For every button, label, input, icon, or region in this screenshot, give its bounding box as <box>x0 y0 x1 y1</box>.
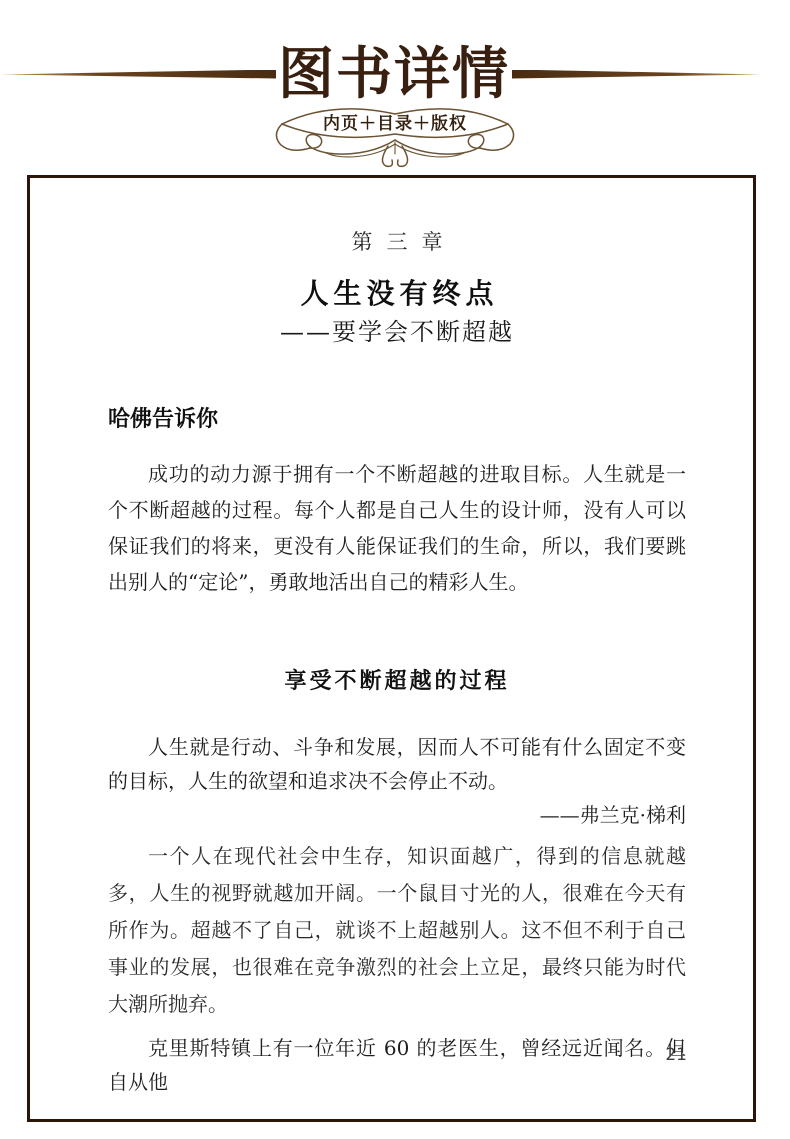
page-title: 图书详情 <box>278 46 510 102</box>
chapter-title: 人生没有终点 <box>108 276 686 312</box>
chapter-label: 第三章 <box>108 228 686 256</box>
story-paragraph: 克里斯特镇上有一位年近 60 的老医生，曾经远近闻名。但自从他 <box>108 1031 686 1099</box>
section1-paragraph: 成功的动力源于拥有一个不断超越的进取目标。人生就是一个不断超越的过程。每个人都是… <box>108 456 686 600</box>
body-paragraph: 一个人在现代社会中生存，知识面越广，得到的信息就越多，人生的视野就越加开阔。一个… <box>108 838 686 1023</box>
header-rule-left <box>0 70 276 79</box>
section-heading-enjoy: 享受不断超越的过程 <box>108 666 686 696</box>
section-heading-harvard: 哈佛告诉你 <box>108 404 686 434</box>
page-number: 21 <box>665 1045 687 1065</box>
quote-paragraph: 人生就是行动、斗争和发展，因而人不可能有什么固定不变的目标，人生的欲望和追求决不… <box>108 730 686 798</box>
chapter-subtitle: ——要学会不断超越 <box>108 316 686 348</box>
flourish-ornament: 内页＋目录＋版权 <box>270 96 520 170</box>
header-rule-right <box>512 70 762 79</box>
header-banner-label: 内页＋目录＋版权 <box>270 109 520 134</box>
book-page-frame: 第三章 人生没有终点 ——要学会不断超越 哈佛告诉你 成功的动力源于拥有一个不断… <box>27 175 756 1122</box>
quote-attribution: ——弗兰克·梯利 <box>108 798 686 832</box>
